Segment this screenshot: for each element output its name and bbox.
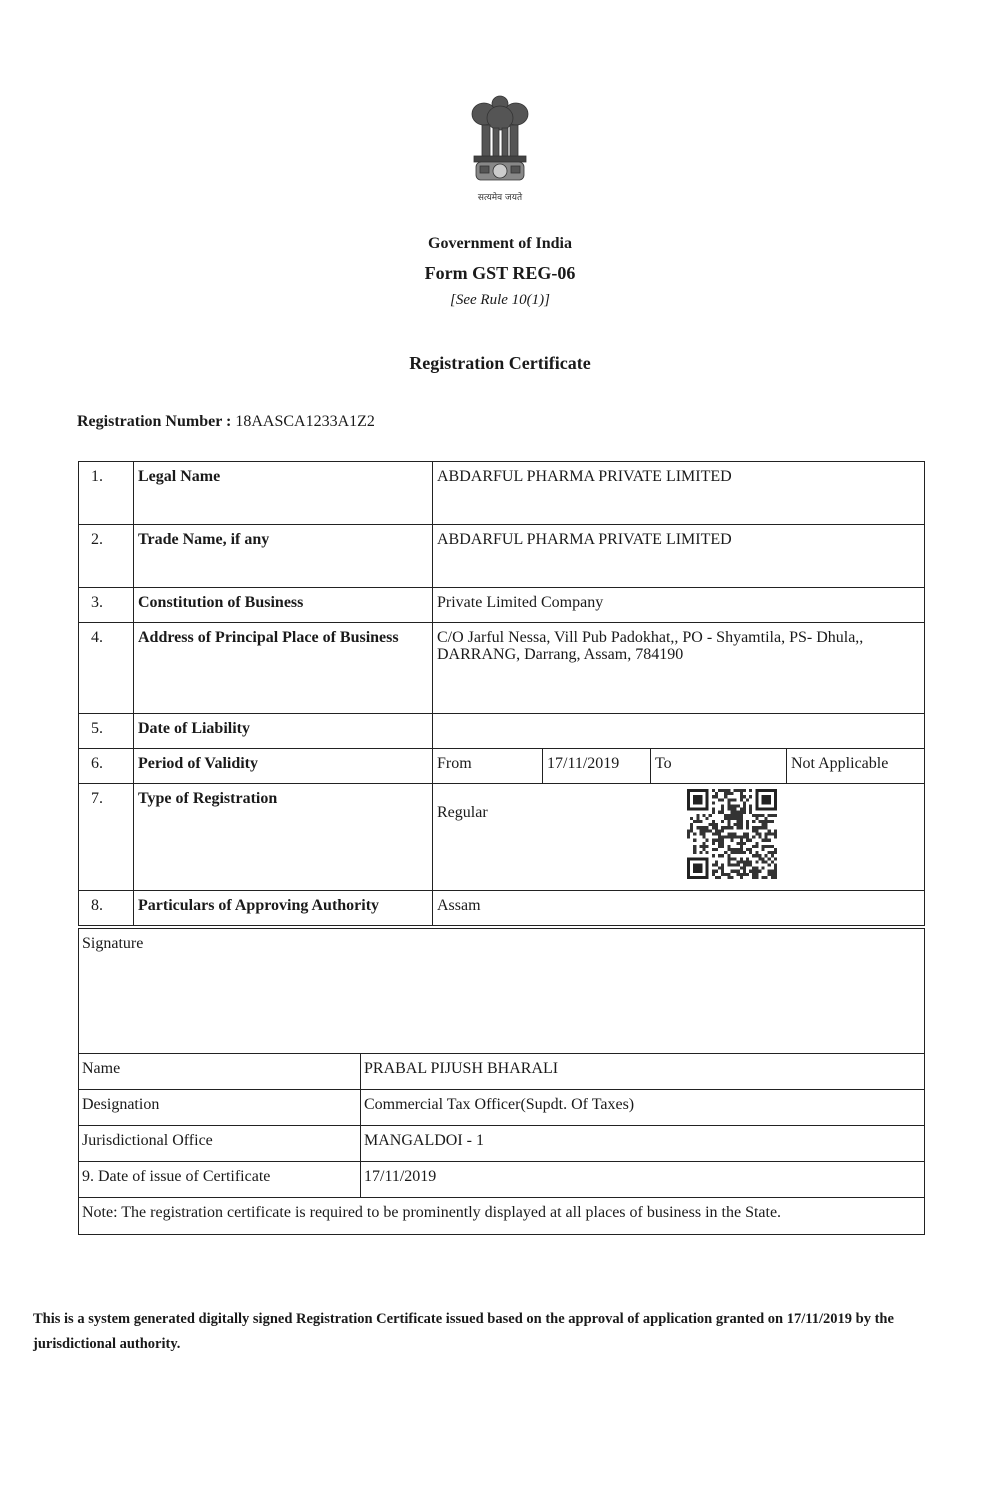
- field-label: Particulars of Approving Authority: [134, 891, 433, 926]
- table-row: 9. Date of issue of Certificate 17/11/20…: [79, 1162, 925, 1198]
- registration-number: Registration Number : 18AASCA1233A1Z2: [77, 413, 375, 431]
- note-text: Note: The registration certificate is re…: [79, 1198, 925, 1235]
- table-row: 6. Period of Validity From 17/11/2019 To…: [79, 749, 925, 784]
- details-table: 1. Legal Name ABDARFUL PHARMA PRIVATE LI…: [78, 461, 925, 926]
- field-label: Date of Liability: [134, 714, 433, 749]
- row-number: 8.: [79, 891, 134, 926]
- table-row: 7. Type of Registration Regular: [79, 784, 925, 891]
- registration-type-value: Regular: [437, 804, 488, 822]
- approving-authority-value: Assam: [433, 891, 925, 926]
- field-label: Jurisdictional Office: [79, 1126, 361, 1162]
- table-row: 8. Particulars of Approving Authority As…: [79, 891, 925, 926]
- field-label: Type of Registration: [134, 784, 433, 891]
- officer-name-value: PRABAL PIJUSH BHARALI: [361, 1054, 925, 1090]
- svg-text:सत्यमेव जयते: सत्यमेव जयते: [478, 191, 523, 203]
- registration-number-value: 18AASCA1233A1Z2: [235, 413, 375, 430]
- validity-to-value: Not Applicable: [787, 749, 925, 784]
- table-row: 4. Address of Principal Place of Busines…: [79, 623, 925, 714]
- row-number: 4.: [79, 623, 134, 714]
- row-number: 6.: [79, 749, 134, 784]
- row-number: 3.: [79, 588, 134, 623]
- field-label: Legal Name: [134, 462, 433, 525]
- legal-name-value: ABDARFUL PHARMA PRIVATE LIMITED: [433, 462, 925, 525]
- row-number: 1.: [79, 462, 134, 525]
- table-row: 1. Legal Name ABDARFUL PHARMA PRIVATE LI…: [79, 462, 925, 525]
- signature-label: Signature: [79, 929, 925, 1054]
- address-value: C/O Jarful Nessa, Vill Pub Padokhat,, PO…: [433, 623, 925, 714]
- registration-number-label: Registration Number :: [77, 413, 231, 430]
- table-row: Name PRABAL PIJUSH BHARALI: [79, 1054, 925, 1090]
- field-label: Designation: [79, 1090, 361, 1126]
- qr-code-icon: [687, 789, 777, 879]
- trade-name-value: ABDARFUL PHARMA PRIVATE LIMITED: [433, 525, 925, 588]
- national-emblem-icon: सत्यमेव जयते: [462, 92, 538, 207]
- signature-row: Signature: [79, 929, 925, 1054]
- date-of-issue-value: 17/11/2019: [361, 1162, 925, 1198]
- validity-to-label: To: [651, 749, 787, 784]
- field-label: 9. Date of issue of Certificate: [79, 1162, 361, 1198]
- table-row: Designation Commercial Tax Officer(Supdt…: [79, 1090, 925, 1126]
- registration-type-cell: Regular: [433, 784, 925, 891]
- row-number: 7.: [79, 784, 134, 891]
- table-row: 5. Date of Liability: [79, 714, 925, 749]
- authority-table: Signature Name PRABAL PIJUSH BHARALI Des…: [78, 928, 925, 1235]
- field-label: Period of Validity: [134, 749, 433, 784]
- field-label: Address of Principal Place of Business: [134, 623, 433, 714]
- certificate-title: Registration Certificate: [0, 353, 1000, 374]
- form-title: Form GST REG-06: [0, 263, 1000, 284]
- government-heading: Government of India: [0, 235, 1000, 253]
- footer-disclaimer: This is a system generated digitally sig…: [33, 1307, 978, 1357]
- constitution-value: Private Limited Company: [433, 588, 925, 623]
- table-row: 2. Trade Name, if any ABDARFUL PHARMA PR…: [79, 525, 925, 588]
- field-label: Name: [79, 1054, 361, 1090]
- designation-value: Commercial Tax Officer(Supdt. Of Taxes): [361, 1090, 925, 1126]
- rule-reference: [See Rule 10(1)]: [0, 292, 1000, 309]
- row-number: 5.: [79, 714, 134, 749]
- table-row: 3. Constitution of Business Private Limi…: [79, 588, 925, 623]
- jurisdictional-office-value: MANGALDOI - 1: [361, 1126, 925, 1162]
- field-label: Trade Name, if any: [134, 525, 433, 588]
- row-number: 2.: [79, 525, 134, 588]
- note-row: Note: The registration certificate is re…: [79, 1198, 925, 1235]
- date-of-liability-value: [433, 714, 925, 749]
- validity-from-label: From: [433, 749, 543, 784]
- field-label: Constitution of Business: [134, 588, 433, 623]
- table-row: Jurisdictional Office MANGALDOI - 1: [79, 1126, 925, 1162]
- validity-from-value: 17/11/2019: [543, 749, 651, 784]
